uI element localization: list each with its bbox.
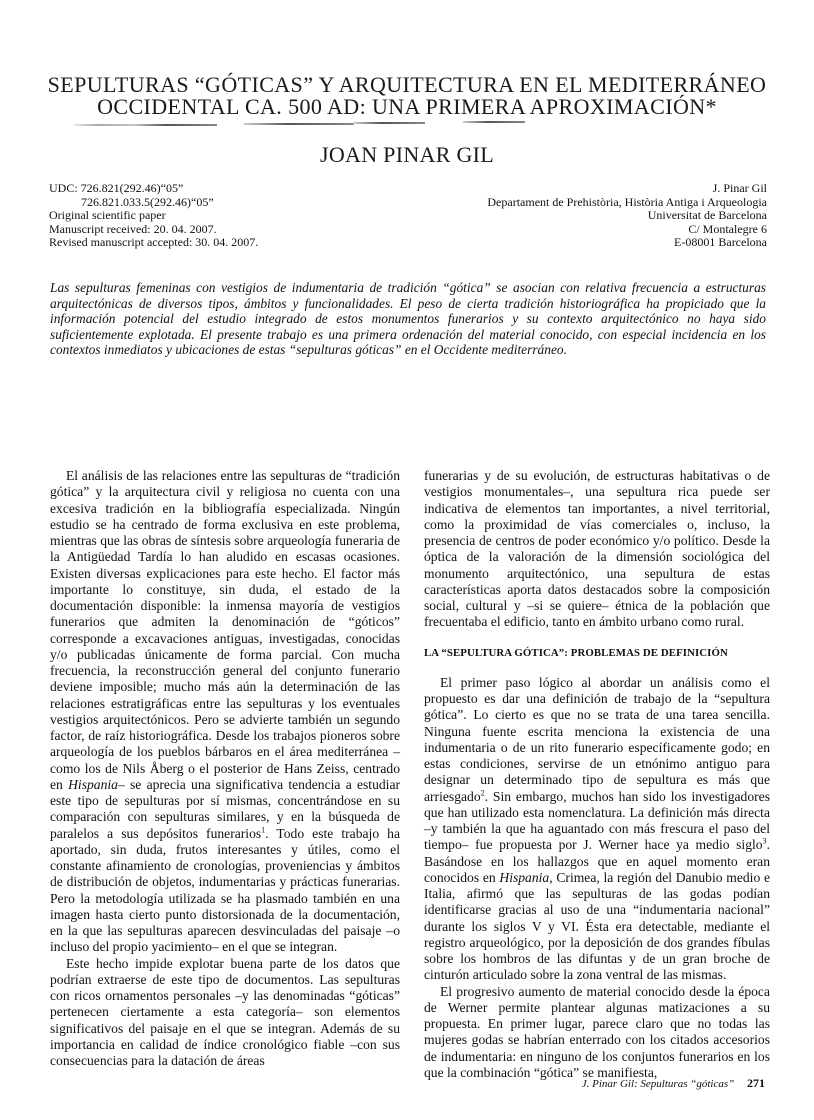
body-paragraph: Este hecho impide explotar buena parte d… xyxy=(50,956,400,1070)
author-name: JOAN PINAR GIL xyxy=(0,142,814,168)
body-paragraph: El análisis de las relaciones entre las … xyxy=(50,468,400,956)
body-column-right: funerarias y de su evolución, de estruct… xyxy=(424,468,770,1081)
affiliation-street: C/ Montalegre 6 xyxy=(487,223,767,237)
title-line-1: SEPULTURAS “GÓTICAS” Y ARQUITECTURA EN E… xyxy=(40,74,774,96)
title-rule-segment xyxy=(244,123,354,125)
article-title: SEPULTURAS “GÓTICAS” Y ARQUITECTURA EN E… xyxy=(40,74,774,118)
title-line-2: OCCIDENTAL CA. 500 AD: UNA PRIMERA APROX… xyxy=(40,96,774,118)
body-paragraph: El progresivo aumento de material conoci… xyxy=(424,984,770,1082)
accepted-date: Revised manuscript accepted: 30. 04. 200… xyxy=(49,236,258,250)
journal-page: SEPULTURAS “GÓTICAS” Y ARQUITECTURA EN E… xyxy=(0,0,814,1120)
affiliation-city: E-08001 Barcelona xyxy=(487,236,767,250)
text-run: El análisis de las relaciones entre las … xyxy=(50,468,400,792)
received-date: Manuscript received: 20. 04. 2007. xyxy=(49,223,258,237)
section-heading: LA “SEPULTURA GÓTICA”: PROBLEMAS DE DEFI… xyxy=(424,645,770,661)
title-rule-segment xyxy=(74,124,134,126)
italic-term: Hispania xyxy=(68,777,118,792)
text-run: , Crimea, la región del Danubio medio e … xyxy=(424,870,770,983)
body-column-left: El análisis de las relaciones entre las … xyxy=(50,468,400,1069)
title-rule-segment xyxy=(132,124,217,126)
title-rule-segment xyxy=(353,122,425,124)
italic-term: Hispania xyxy=(499,870,549,885)
abstract: Las sepulturas femeninas con vestigios d… xyxy=(50,280,766,358)
page-footer: J. Pinar Gil: Sepulturas “góticas” 271 xyxy=(582,1076,765,1091)
page-number: 271 xyxy=(747,1076,765,1090)
udc-code: UDC: 726.821(292.46)“05” xyxy=(49,182,258,196)
running-head: J. Pinar Gil: Sepulturas “góticas” xyxy=(582,1078,734,1090)
body-paragraph: El primer paso lógico al abordar un anál… xyxy=(424,675,770,984)
affiliation-department: Departament de Prehistòria, Història Ant… xyxy=(487,196,767,210)
udc-code-secondary: 726.821.033.5(292.46)“05” xyxy=(49,196,258,210)
affiliation-name: J. Pinar Gil xyxy=(487,182,767,196)
paper-type: Original scientific paper xyxy=(49,209,258,223)
article-metadata: UDC: 726.821(292.46)“05” 726.821.033.5(2… xyxy=(49,182,258,250)
author-affiliation: J. Pinar Gil Departament de Prehistòria,… xyxy=(487,182,767,250)
affiliation-university: Universitat de Barcelona xyxy=(487,209,767,223)
body-paragraph: funerarias y de su evolución, de estruct… xyxy=(424,468,770,631)
text-run: . Todo este trabajo ha aportado, sin dud… xyxy=(50,826,400,955)
text-run: El primer paso lógico al abordar un anál… xyxy=(424,675,770,804)
title-rule-segment xyxy=(463,121,525,123)
